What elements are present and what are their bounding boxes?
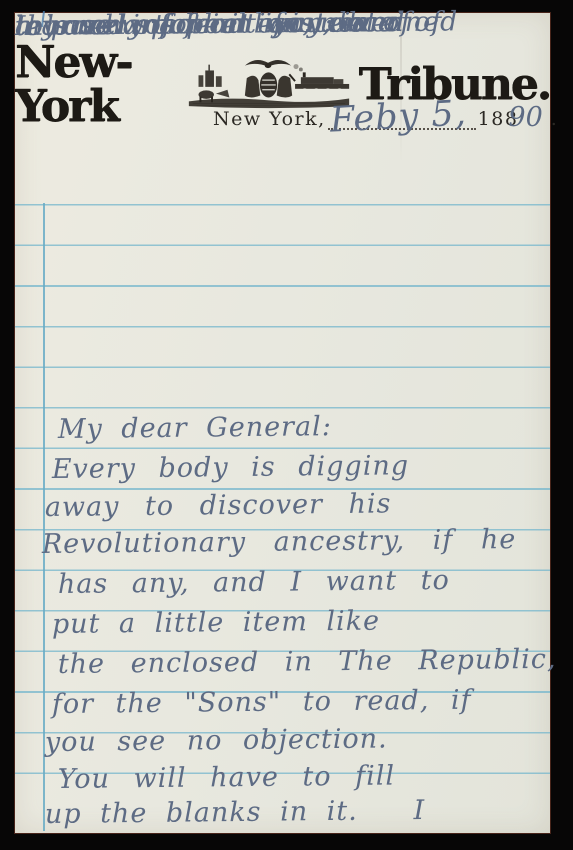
handwritten-year-digits: 90: [508, 102, 542, 133]
scan-background: New-York: [0, 0, 573, 850]
masthead-title-left: New-York: [15, 41, 179, 129]
handwritten-line: Revolutionary ancestry, if he: [42, 526, 517, 558]
letter-paper: New-York: [15, 13, 550, 833]
handwritten-line: for the "Sons" to read, if: [52, 687, 472, 718]
handwritten-line: You will have to fill: [58, 762, 395, 793]
handwritten-line: has any, and I want to: [58, 567, 450, 598]
dateline: New York, Feby 5, 188 90 .: [213, 99, 557, 130]
dateline-dotted-rule: Feby 5,: [328, 103, 476, 130]
handwritten-line: up the blanks in it. I: [45, 797, 426, 828]
dateline-period: .: [551, 108, 557, 130]
handwritten-date: Feby 5,: [329, 93, 468, 140]
handwritten-line: away to discover his: [45, 490, 392, 521]
handwritten-line: Every body is digging: [52, 452, 409, 483]
handwritten-line: put a little item like: [52, 608, 380, 638]
handwritten-line: to use information, obtained: [15, 8, 459, 40]
handwritten-line: the enclosed in The Republic,: [58, 646, 557, 678]
handwritten-salutation: My dear General:: [58, 413, 332, 443]
handwritten-line: you see no objection.: [45, 725, 388, 756]
dateline-printed-city: New York,: [213, 108, 326, 130]
